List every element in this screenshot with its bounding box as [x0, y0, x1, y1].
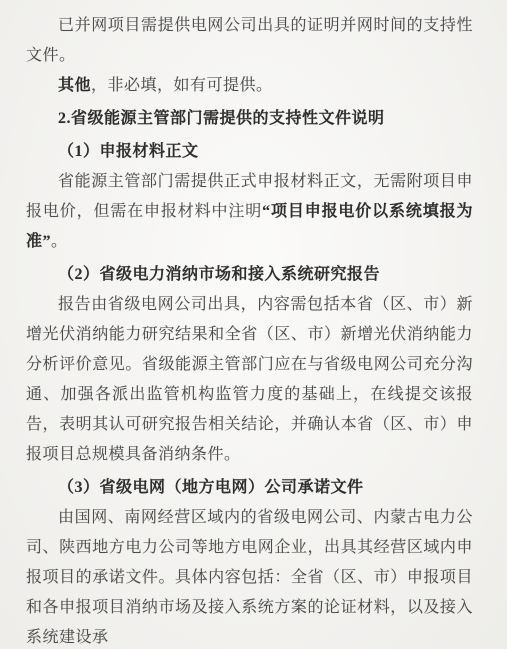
heading-item-1-application-material-body: （1）申报材料正文 — [26, 137, 473, 167]
paragraph-item-3-description: 由国网、南网经营区域内的省级电网公司、内蒙古电力公司、陕西地方电力公司等地方电网… — [26, 503, 473, 649]
paragraph-grid-connected-proof: 已并网项目需提供电网公司出具的证明并网时间的支持性文件。 — [26, 11, 473, 71]
paragraph-item-1-description: 省能源主管部门需提供正式申报材料正文，无需附项目申报电价，但需在申报材料中注明“… — [26, 167, 473, 257]
document-page: 已并网项目需提供电网公司出具的证明并网时间的支持性文件。 其他，非必填，如有可提… — [0, 0, 507, 649]
paragraph-other-lead-label: 其他 — [58, 77, 91, 94]
paragraph-other-rest-text: ，非必填，如有可提供。 — [91, 77, 273, 94]
paragraph-item-2-description: 报告由省级电网公司出具，内容需包括本省（区、市）新增光伏消纳能力研究结果和全省（… — [26, 290, 473, 470]
paragraph-item-1-period: 。 — [51, 233, 68, 250]
heading-section-2-provincial-energy-authority-files: 2.省级能源主管部门需提供的支持性文件说明 — [26, 104, 473, 134]
heading-item-3-grid-company-commitment-file: （3）省级电网（地方电网）公司承诺文件 — [26, 473, 473, 503]
heading-item-2-consumption-market-research-report: （2）省级电力消纳市场和接入系统研究报告 — [26, 260, 473, 290]
paragraph-other-optional: 其他，非必填，如有可提供。 — [26, 71, 473, 101]
